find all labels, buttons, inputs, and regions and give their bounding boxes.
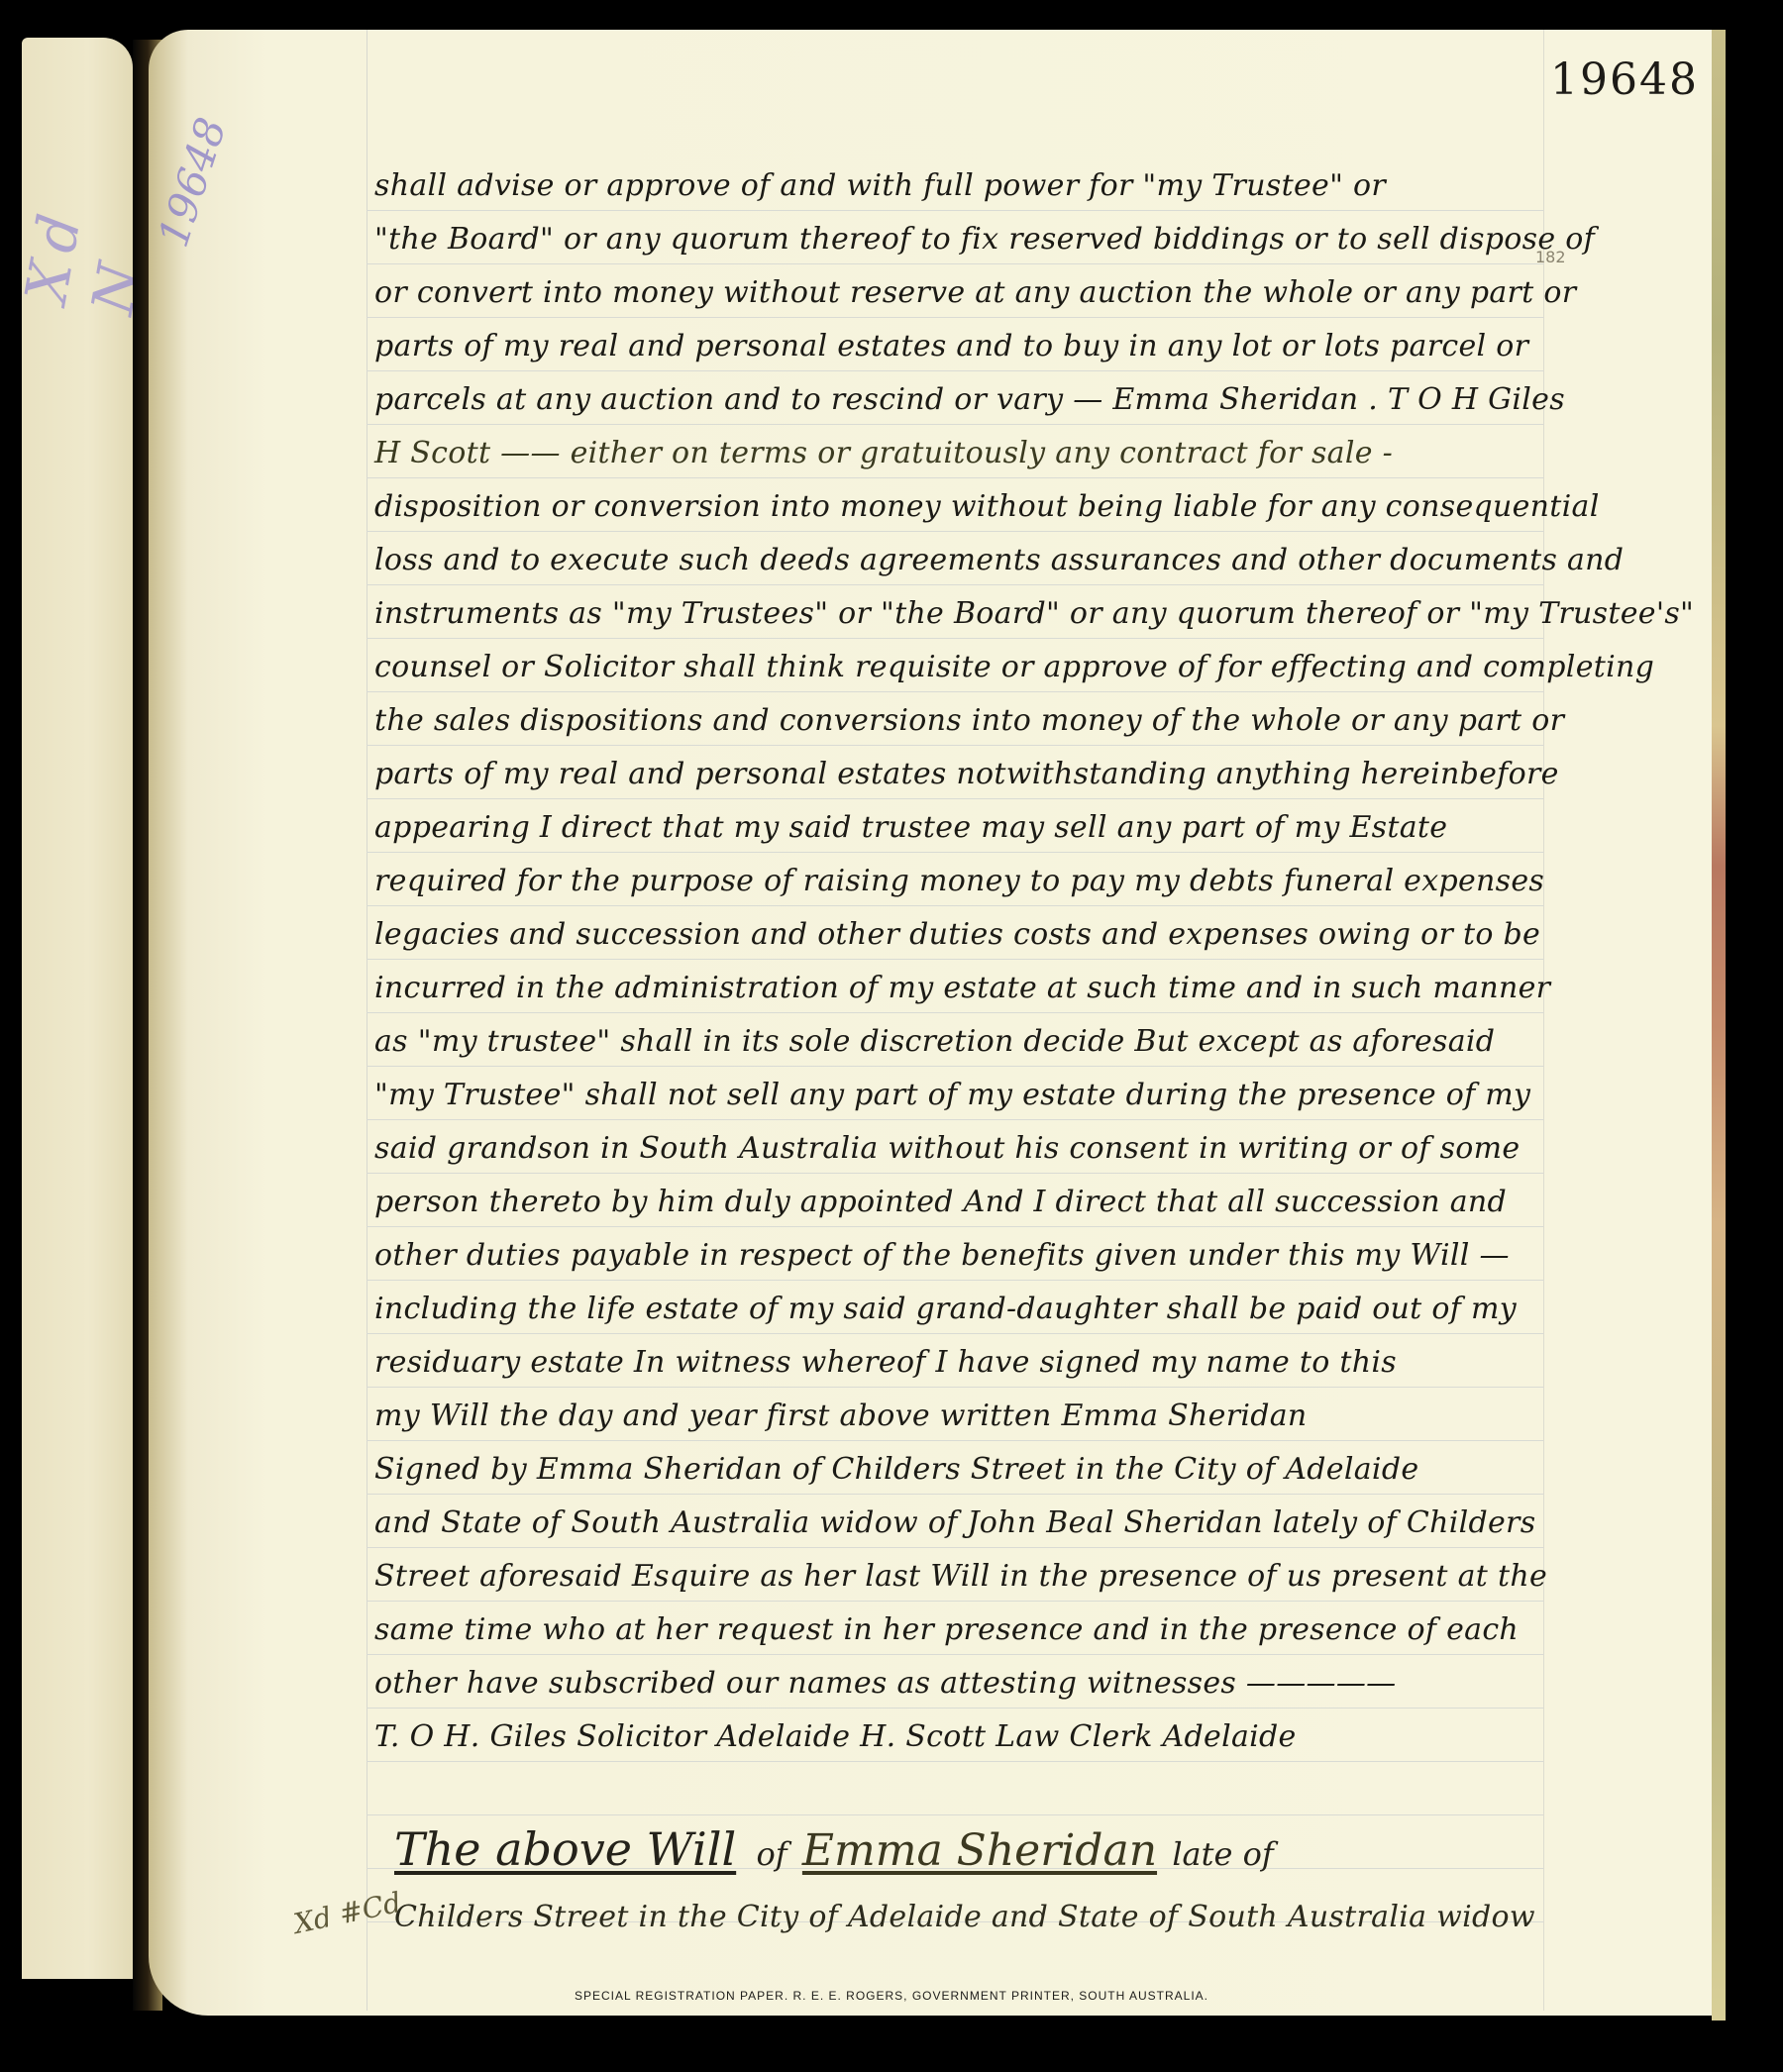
heading-above-will: The above Will: [394, 1822, 736, 1876]
text-line: including the life estate of my said gra…: [374, 1292, 1543, 1326]
ruled-line: [367, 1012, 1543, 1013]
text-line: as "my trustee" shall in its sole discre…: [374, 1024, 1543, 1059]
ruled-line: [367, 477, 1543, 478]
ruled-line: [367, 424, 1543, 425]
ruled-line: [367, 1066, 1543, 1067]
ruled-line: [367, 531, 1543, 532]
ruled-line: [367, 1440, 1543, 1441]
text-line: and State of South Australia widow of Jo…: [374, 1505, 1543, 1540]
text-line: parts of my real and personal estates an…: [374, 329, 1543, 363]
ruled-line: [367, 852, 1543, 853]
ruled-line: [367, 1333, 1543, 1334]
ruled-line: [367, 1814, 1543, 1815]
testator-name: Emma Sheridan: [802, 1825, 1157, 1876]
text-line: said grandson in South Australia without…: [374, 1131, 1543, 1166]
heading-late-of: late of: [1172, 1835, 1273, 1873]
ruled-line: [367, 691, 1543, 692]
left-leaf-pencil-mark: X d N: [12, 198, 147, 316]
probate-heading: The above Will of Emma Sheridan late of: [394, 1822, 1274, 1876]
text-line: instruments as "my Trustees" or "the Boa…: [374, 596, 1543, 631]
page-edge-stack: [1712, 30, 1726, 2020]
text-line: Street aforesaid Esquire as her last Wil…: [374, 1559, 1543, 1594]
ruled-line: [367, 1761, 1543, 1762]
text-line: "my Trustee" shall not sell any part of …: [374, 1078, 1543, 1112]
ruled-line: [367, 798, 1543, 799]
ruled-line: [367, 584, 1543, 585]
ruled-line: [367, 1119, 1543, 1120]
ruled-line: [367, 317, 1543, 318]
ruled-line: [367, 1547, 1543, 1548]
text-line: other have subscribed our names as attes…: [374, 1666, 1543, 1701]
heading-of: of: [757, 1835, 787, 1873]
left-margin-rule: [367, 30, 367, 2011]
text-line: the sales dispositions and conversions i…: [374, 703, 1543, 738]
ruled-line: [367, 1387, 1543, 1388]
text-line: parcels at any auction and to rescind or…: [374, 382, 1543, 417]
ruled-line: [367, 638, 1543, 639]
ruled-line: [367, 1226, 1543, 1227]
text-line: same time who at her request in her pres…: [374, 1612, 1543, 1647]
text-line: counsel or Solicitor shall think requisi…: [374, 650, 1543, 684]
text-line: other duties payable in respect of the b…: [374, 1238, 1543, 1273]
printer-imprint: SPECIAL REGISTRATION PAPER. R. E. E. ROG…: [0, 1989, 1783, 2003]
ruled-line: [367, 959, 1543, 960]
text-line: person thereto by him duly appointed And…: [374, 1185, 1543, 1219]
text-line: H Scott —— either on terms or gratuitous…: [374, 436, 1543, 470]
text-line: Signed by Emma Sheridan of Childers Stre…: [374, 1452, 1543, 1487]
ruled-line: [367, 905, 1543, 906]
ruled-line: [367, 1654, 1543, 1655]
text-line: or convert into money without reserve at…: [374, 275, 1543, 310]
ruled-line: [367, 210, 1543, 211]
register-number: 19648: [1550, 54, 1699, 105]
text-line: parts of my real and personal estates no…: [374, 757, 1543, 791]
ruled-line: [367, 1173, 1543, 1174]
text-line: legacies and succession and other duties…: [374, 917, 1543, 952]
register-page: [149, 30, 1719, 2016]
text-line: required for the purpose of raising mone…: [374, 864, 1543, 898]
ruled-line: [367, 1280, 1543, 1281]
ruled-line: [367, 1601, 1543, 1602]
left-book-leaf: [22, 38, 133, 1979]
ruled-line: [367, 263, 1543, 264]
ruled-line: [367, 1708, 1543, 1709]
text-line: my Will the day and year first above wri…: [374, 1399, 1543, 1433]
right-margin-rule: [1543, 30, 1544, 2011]
ruled-line: [367, 370, 1543, 371]
text-line: "the Board" or any quorum thereof to fix…: [374, 222, 1543, 257]
text-line: shall advise or approve of and with full…: [374, 168, 1543, 203]
text-line: loss and to execute such deeds agreement…: [374, 543, 1543, 577]
text-line: disposition or conversion into money wit…: [374, 489, 1543, 524]
text-line: incurred in the administration of my est…: [374, 971, 1543, 1005]
ruled-line: [367, 745, 1543, 746]
witness-signatures-line: T. O H. Giles Solicitor Adelaide H. Scot…: [374, 1719, 1543, 1754]
text-line: appearing I direct that my said trustee …: [374, 810, 1543, 845]
testator-address-line: Childers Street in the City of Adelaide …: [394, 1900, 1563, 1934]
ruled-line: [367, 1494, 1543, 1495]
text-line: residuary estate In witness whereof I ha…: [374, 1345, 1543, 1380]
